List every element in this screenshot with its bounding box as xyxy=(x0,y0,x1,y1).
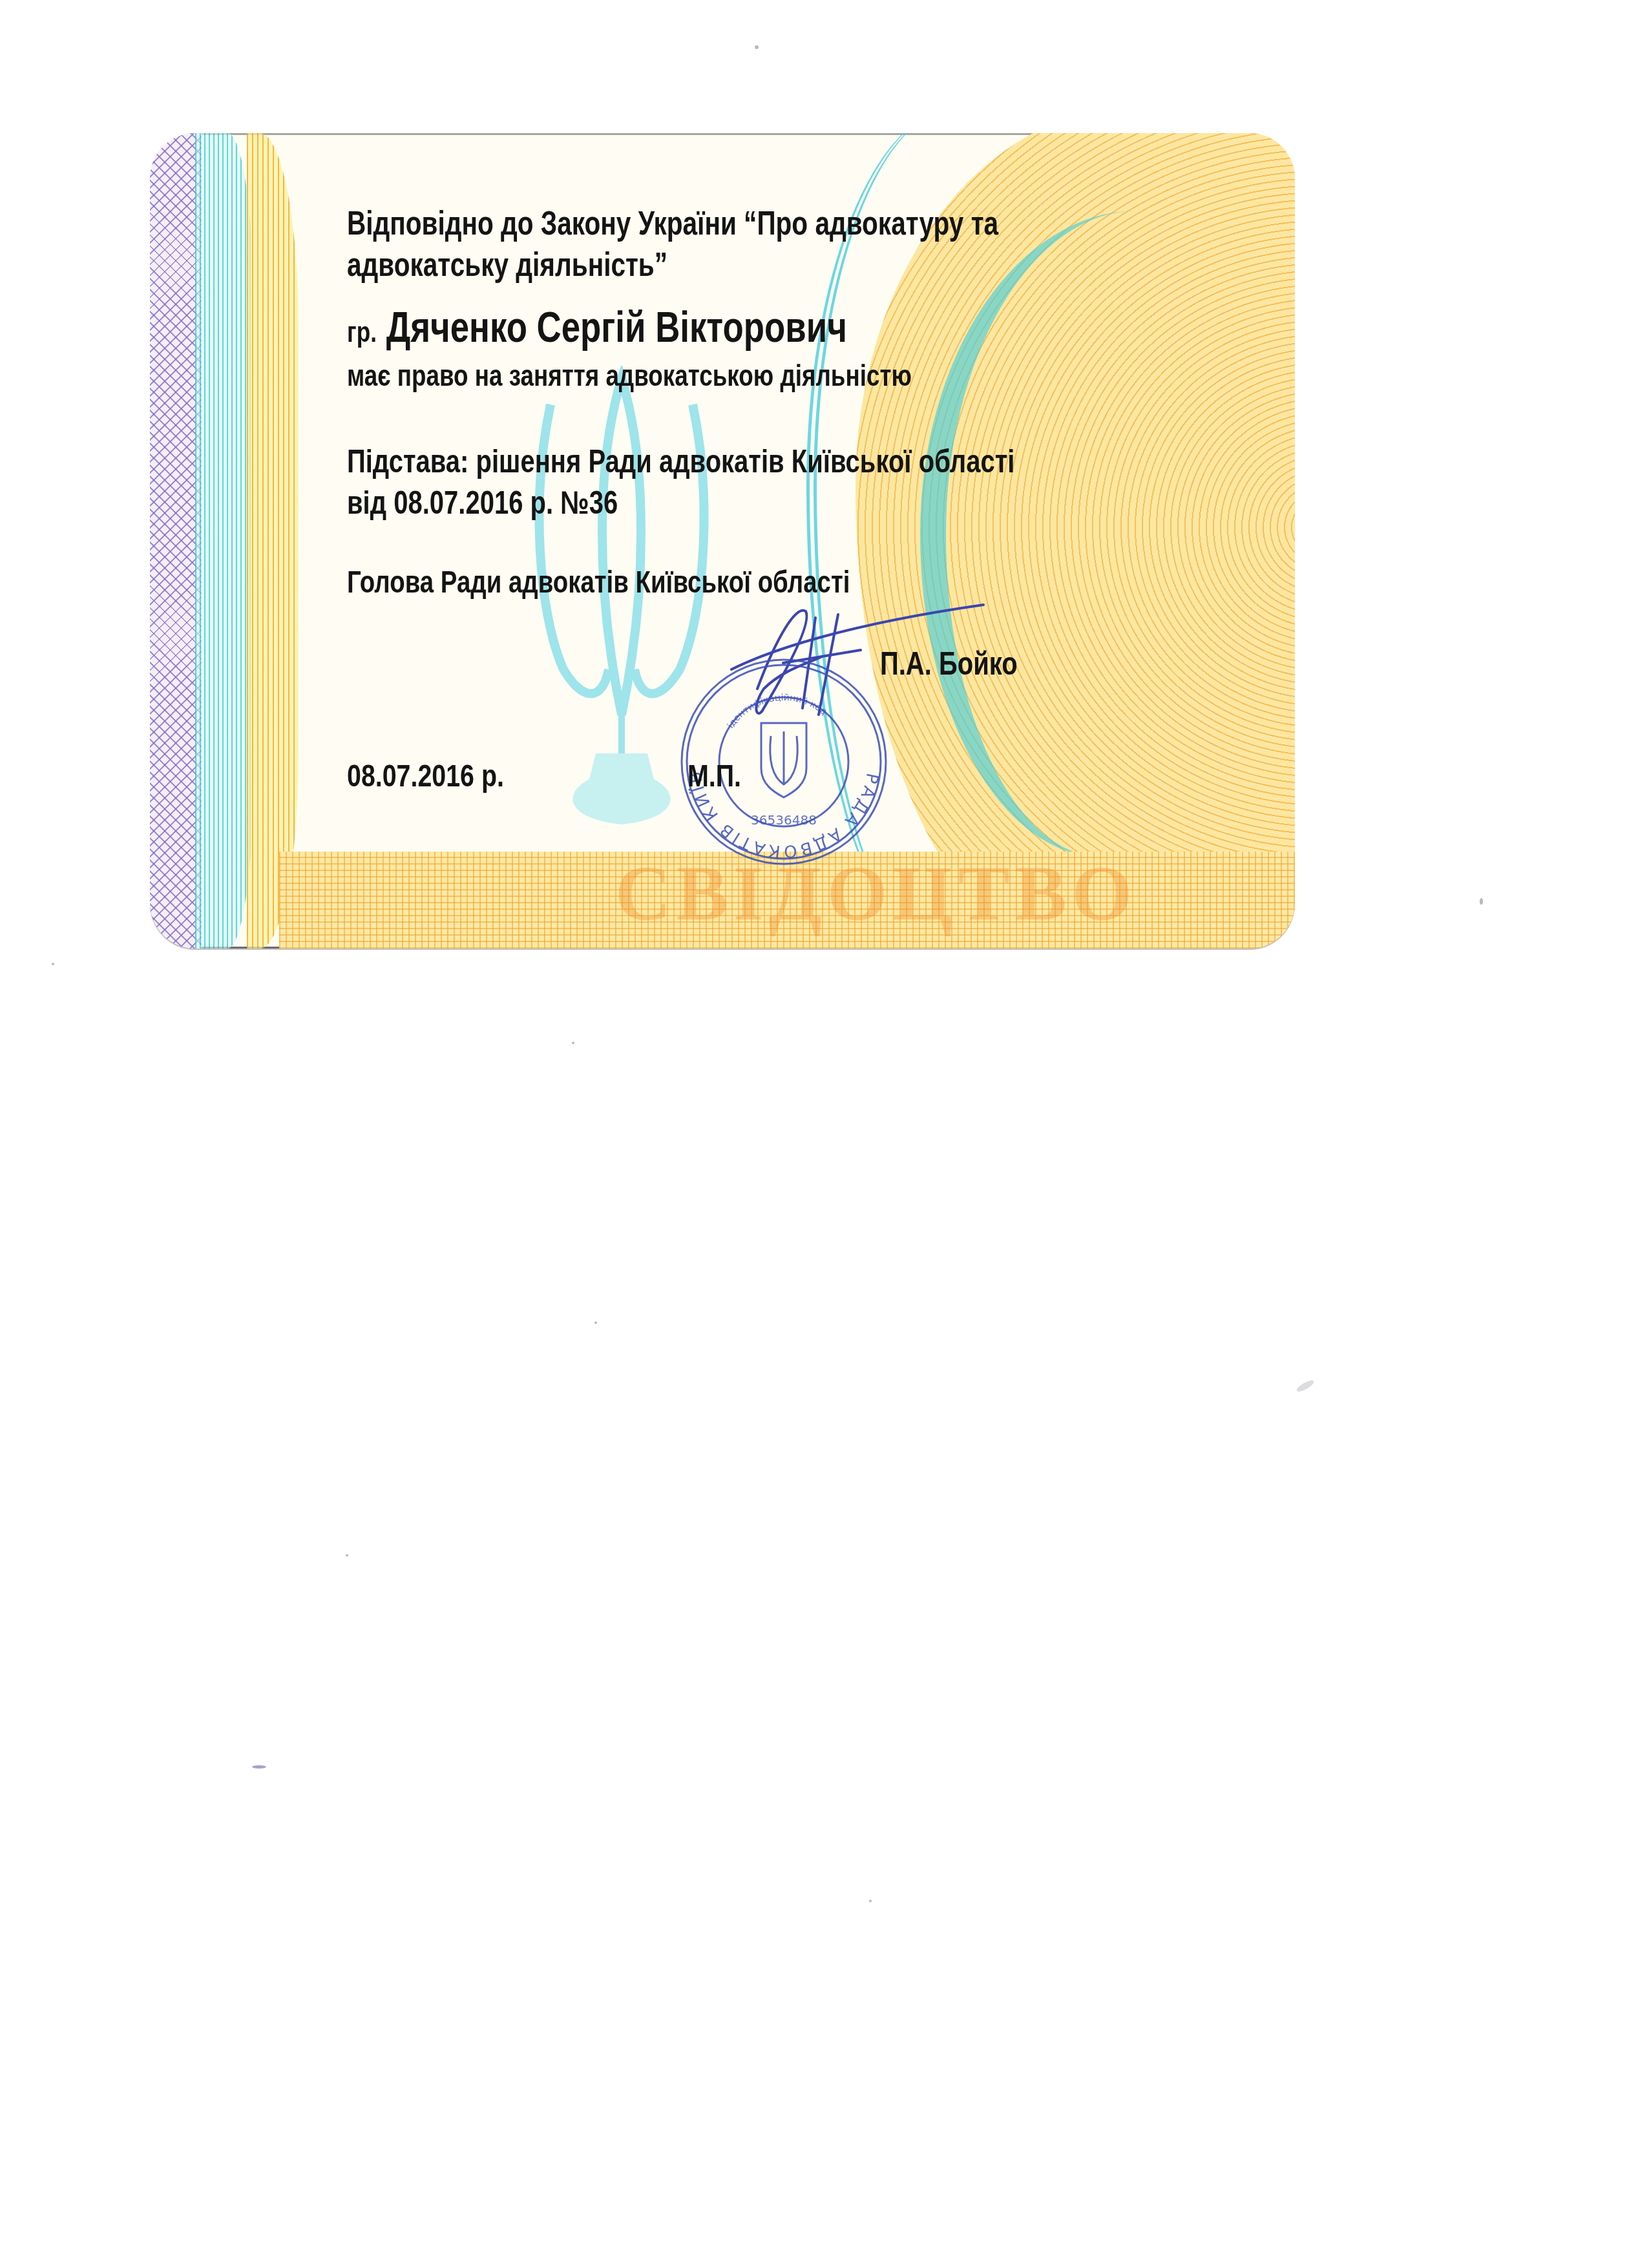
basis: Підстава: рішення Ради адвокатів Київськ… xyxy=(347,441,1014,523)
head-title: Голова Ради адвокатів Київської області xyxy=(347,565,850,600)
basis-line-2: від 08.07.2016 р. №36 xyxy=(347,482,1014,523)
holder-name: Дяченко Сергій Вікторович xyxy=(386,303,847,351)
seal-place-label: М.П. xyxy=(688,759,741,794)
scan-speck xyxy=(594,1321,597,1324)
law-line-2: адвокатську діяльність” xyxy=(347,244,998,286)
left-guilloche-cyan xyxy=(195,133,253,949)
scan-speck xyxy=(52,963,54,965)
left-guilloche-purple xyxy=(150,133,202,949)
seal-inner-text: ідентифікаційний код xyxy=(726,693,829,730)
basis-line-1: Підстава: рішення Ради адвокатів Київськ… xyxy=(347,441,1014,482)
scan-speck xyxy=(572,1042,574,1044)
right-statement: має право на заняття адвокатською діяльн… xyxy=(347,358,912,393)
certificate-card: СВІДОЦТВО Відповідно до Закону України “… xyxy=(150,133,1295,949)
scan-speck xyxy=(1480,898,1483,905)
seal-code: 36536488 xyxy=(751,812,817,828)
law-reference: Відповідно до Закону України “Про адвока… xyxy=(347,203,998,286)
scan-speck xyxy=(755,45,759,49)
scan-speck xyxy=(1296,1378,1316,1394)
name-prefix: гр. xyxy=(347,317,377,348)
signer-name: П.А. Бойко xyxy=(880,645,1018,682)
scan-speck xyxy=(869,1900,872,1902)
law-line-1: Відповідно до Закону України “Про адвока… xyxy=(347,203,998,244)
svg-text:ідентифікаційний код: ідентифікаційний код xyxy=(726,693,829,730)
scan-speck xyxy=(252,1765,266,1769)
holder-name-line: гр. Дяченко Сергій Вікторович xyxy=(347,302,847,352)
scan-speck xyxy=(346,1554,348,1557)
left-guilloche-yellow xyxy=(247,133,299,949)
issue-date: 08.07.2016 р. xyxy=(347,759,504,794)
